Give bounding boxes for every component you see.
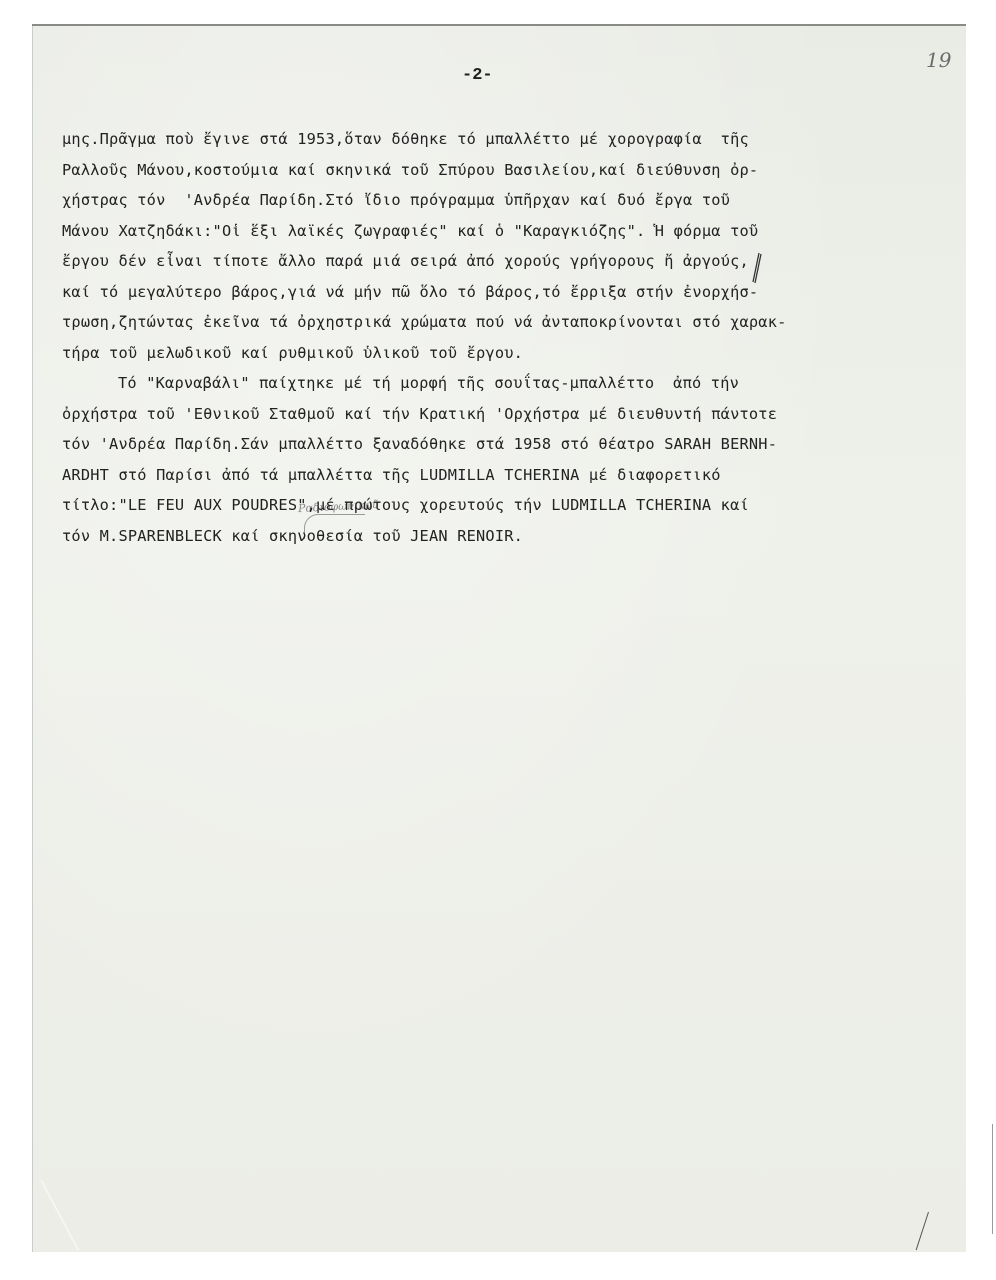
text-line: τόν M.SPARENBLECK καί σκηνοθεσία τοῦ JEA… bbox=[62, 521, 962, 552]
text-line: Μάνου Χατζηδάκι:"Οἱ ἕξι λαϊκές ζωγραφιές… bbox=[62, 216, 962, 247]
handwritten-folio-number: 19 bbox=[926, 48, 951, 72]
paragraph-2: Τό "Καρναβάλι" παίχτηκε μέ τή μορφή τῆς … bbox=[62, 368, 962, 551]
text-line: Τό "Καρναβάλι" παίχτηκε μέ τή μορφή τῆς … bbox=[62, 368, 962, 399]
text-line: ὀρχήστρα τοῦ 'Εθνικοῦ Σταθμοῦ καί τήν Κρ… bbox=[62, 399, 962, 430]
text-line: καί τό μεγαλύτερο βάρος,γιά νά μήν πῶ ὅλ… bbox=[62, 277, 962, 308]
text-line: ἔργου δέν εἶναι τίποτε ἄλλο παρά μιά σει… bbox=[62, 246, 962, 277]
page-edge-line bbox=[992, 1124, 993, 1234]
text-line: τόν 'Ανδρέα Παρίδη.Σάν μπαλλέττο ξαναδόθ… bbox=[62, 429, 962, 460]
text-line: χήστρας τόν 'Ανδρέα Παρίδη.Στό ἴδιο πρόγ… bbox=[62, 185, 962, 216]
page-number: -2- bbox=[462, 66, 493, 85]
text-line: ARDHT στό Παρίσι ἀπό τά μπαλλέττα τῆς LU… bbox=[62, 460, 962, 491]
text-line: τρωση,ζητώντας ἐκεῖνα τά ὀρχηστρικά χρώμ… bbox=[62, 307, 962, 338]
text-line: τίτλο:"LE FEU AUX POUDRES",μέ πρώτους χο… bbox=[62, 490, 962, 521]
paragraph-1: μης.Πρᾶγμα ποὺ ἔγινε στά 1953,ὅταν δόθηκ… bbox=[62, 124, 962, 368]
text-line: μης.Πρᾶγμα ποὺ ἔγινε στά 1953,ὅταν δόθηκ… bbox=[62, 124, 962, 155]
text-line: Ραλλοῦς Μάνου,κοστούμια καί σκηνικά τοῦ … bbox=[62, 155, 962, 186]
document-body: μης.Πρᾶγμα ποὺ ἔγινε στά 1953,ὅταν δόθηκ… bbox=[62, 124, 962, 551]
text-line: τήρα τοῦ μελωδικοῦ καί ρυθμικοῦ ὑλικοῦ τ… bbox=[62, 338, 962, 369]
